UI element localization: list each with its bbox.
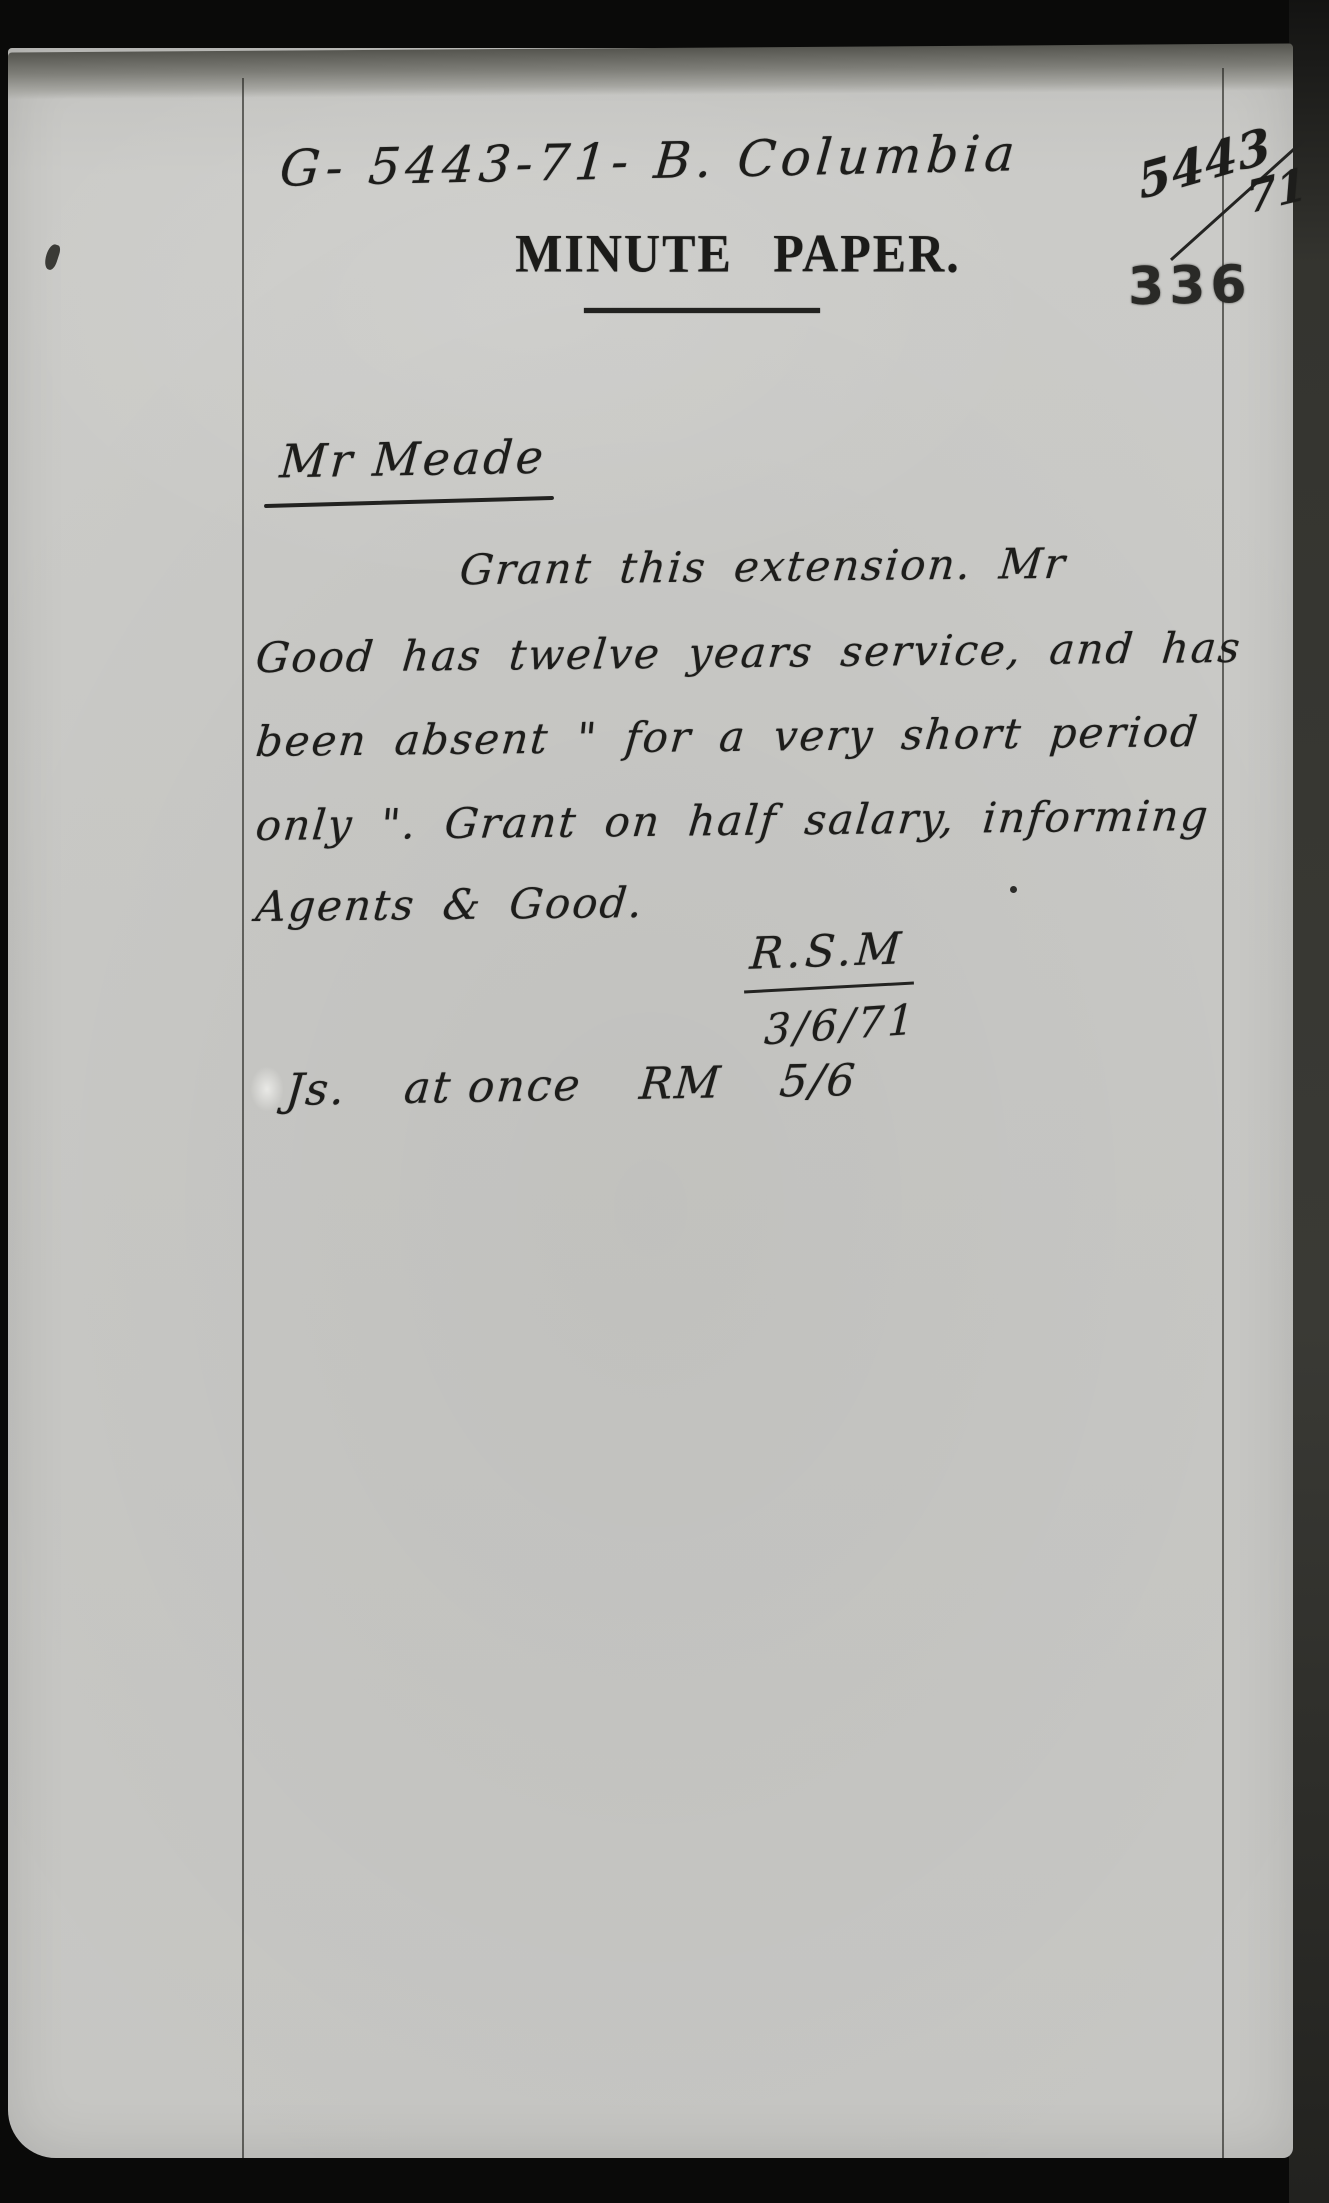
ink-blot-mark [42,243,61,271]
title-underline [584,308,820,313]
docket-line: G- 5443-71- B. Columbia [278,124,1022,198]
minute-body-line: Good has twelve years service, and has [254,623,1244,682]
minute-body-line: only ". Grant on half salary, informing [254,791,1212,850]
action-abbr: Js. [284,1064,349,1116]
minute-body-line: Agents & Good. [254,878,647,931]
minute-body-line: Grant this extension. Mr [458,539,1069,594]
paper-flaw-spot [250,1066,284,1112]
action-note: at once [402,1060,584,1114]
left-margin-rule [242,78,244,2158]
action-line: Js. at once RM 5/6 [284,1055,859,1116]
minute-date: 3/6/71 [763,995,918,1055]
minute-body-line: been absent " for a very short period [254,707,1202,766]
scan-right-margin [1289,0,1329,2203]
ink-dot-mark [1010,886,1017,893]
action-date: 5/6 [778,1055,859,1107]
minute-initials: R.S.M [748,923,906,980]
folio-number-stamp: 336 [1127,255,1252,317]
page-top-edge-shadow [8,44,1293,100]
minute-addressee: Mr Meade [278,430,548,489]
scanned-document: G- 5443-71- B. Columbia MINUTE PAPER. 33… [0,0,1329,2203]
minute-paper-sheet: G- 5443-71- B. Columbia MINUTE PAPER. 33… [8,48,1293,2158]
initials-underline [744,982,914,994]
addressee-underline [264,496,554,508]
page-title: MINUTE PAPER. [503,222,973,285]
action-initials: RM [637,1057,724,1110]
right-margin-rule [1222,68,1224,2158]
